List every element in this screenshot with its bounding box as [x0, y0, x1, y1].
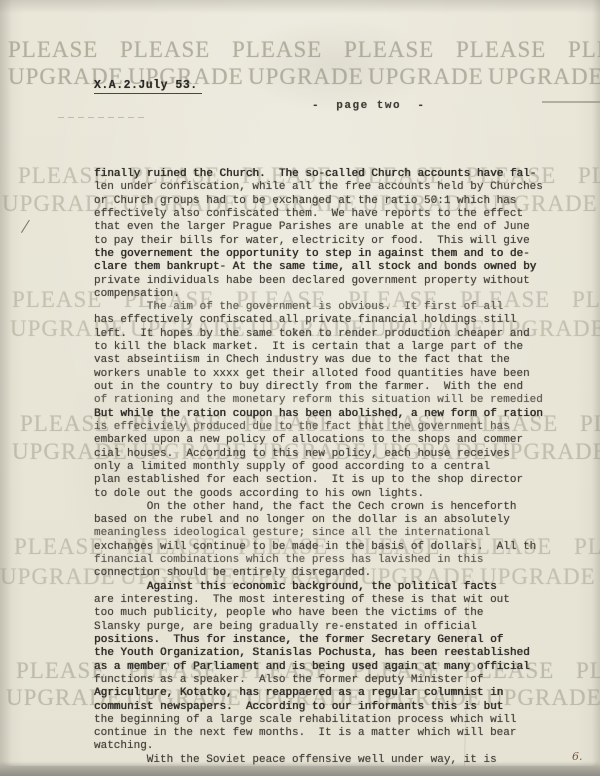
pen-mark [21, 220, 40, 240]
text-line: only a limited monthly supply of good ac… [94, 461, 574, 474]
text-line: clare them bankrupt- At the same time, a… [94, 261, 574, 274]
text-line: or Church groups had to be exchanged at … [94, 195, 574, 208]
handwritten-page-number: 6. [572, 750, 583, 763]
text-line: Slansky purge, are being gradually re-en… [94, 621, 574, 634]
text-line: effectively also confiscated them. We ha… [94, 208, 574, 221]
scan-edge-shadow [0, 0, 600, 16]
text-line: left. It hopes by the same token to rend… [94, 328, 574, 341]
text-line: financial combinations which the press h… [94, 554, 574, 567]
scanner-background-edge [0, 766, 600, 776]
text-line: communist newspapers. According to our i… [94, 701, 574, 714]
scanned-document-page: PLEASEUPGRADEPLEASEUPGRADEPLEASEUPGRADEP… [0, 0, 600, 776]
document-reference: X.A.2.July 53. [94, 79, 202, 94]
text-line: On the other hand, the fact the Cech cro… [94, 501, 574, 514]
paper-stain [235, 18, 435, 113]
text-line: cial houses. According to this new polic… [94, 448, 574, 461]
text-line: has effectively confiscated all private … [94, 314, 574, 327]
text-line: positions. Thus for instance, the former… [94, 634, 574, 647]
text-line: is effeciviely produced due to the fact … [94, 421, 574, 434]
text-line: are interesting. The most interesting of… [94, 594, 574, 607]
scan-edge-shadow [592, 0, 600, 776]
scan-artifact-line [58, 117, 144, 118]
watermark-word-please: PLEASE [120, 37, 210, 63]
text-line: The aim of the government is obvious. It… [94, 301, 574, 314]
text-line: to kill the black market. It is certain … [94, 341, 574, 354]
text-line: meaningless ideological gesture; since a… [94, 527, 574, 540]
text-line: But while the ration coupon has been abo… [94, 408, 574, 421]
watermark-word-please: PLEASE [12, 287, 102, 313]
text-line: plan established for each section. It is… [94, 474, 574, 487]
text-line: workers unable to xxxx get their alloted… [94, 368, 574, 381]
watermark-word-please: PLEASE [16, 658, 106, 684]
text-line: of rationing and the monetary reform thi… [94, 394, 574, 407]
text-line: that even the larger Prague Parishes are… [94, 221, 574, 234]
text-line: based on the rubel and no longer on the … [94, 514, 574, 527]
text-line: compensation. [94, 288, 574, 301]
watermark-word-please: PLEASE [8, 37, 98, 63]
text-line: Against this economic background, the po… [94, 581, 574, 594]
text-line: watching. [94, 740, 574, 753]
text-line: the beginning of a large scale rehabilit… [94, 714, 574, 727]
text-line: too much publicity, people who have been… [94, 607, 574, 620]
watermark-word-please: PLEASE [456, 37, 546, 63]
text-line: vast abseintiism in Chech industry was d… [94, 354, 574, 367]
text-line: the governement the opportunity to step … [94, 248, 574, 261]
text-line: connection should be entirely disregarde… [94, 567, 574, 580]
text-line: functions as a speaker. Also the former … [94, 674, 574, 687]
text-line: to pay their bills for water, electricit… [94, 235, 574, 248]
document-body-text: finally ruined the Church. The so-called… [94, 168, 574, 767]
watermark-word-upgrade: UPGRADE [488, 64, 600, 90]
text-line: as a member of Parliament and is being u… [94, 661, 574, 674]
page-heading: - page two - [312, 100, 425, 112]
text-line: to dole out the goods according to his o… [94, 488, 574, 501]
text-line: Agriculture, Kotatko, has reappaered as … [94, 687, 574, 700]
text-line: finally ruined the Church. The so-called… [94, 168, 574, 181]
text-line: the Youth Organization, Stanislas Pochus… [94, 647, 574, 660]
text-line: out in the country to buy directly from … [94, 381, 574, 394]
text-line: embarked upon a new policy of allocation… [94, 434, 574, 447]
text-line: len under confiscation, while all the fr… [94, 181, 574, 194]
scan-edge-shadow [0, 0, 12, 776]
text-line: continue in the next few months. It is a… [94, 727, 574, 740]
text-line: private individuals habe been declared g… [94, 275, 574, 288]
text-line: exchanges will continue to be made in th… [94, 541, 574, 554]
